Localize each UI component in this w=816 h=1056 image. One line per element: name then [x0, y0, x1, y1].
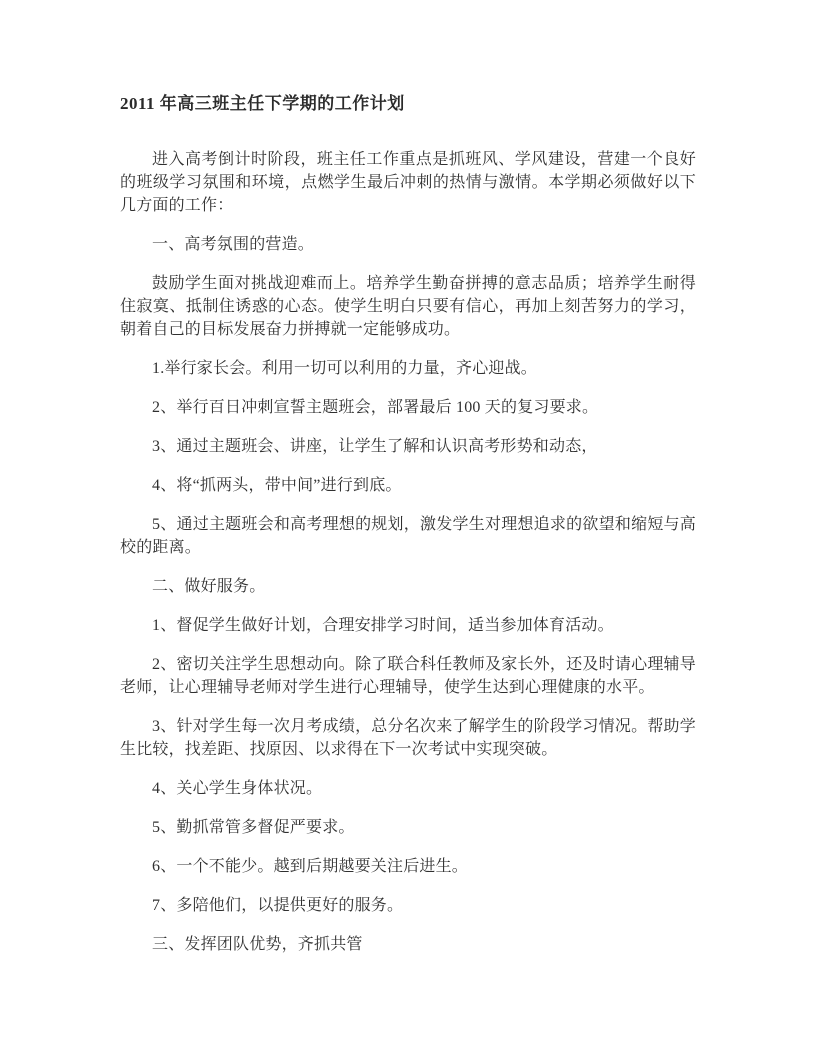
list-item: 7、多陪他们，以提供更好的服务。 — [120, 894, 696, 917]
list-item: 1、督促学生做好计划，合理安排学习时间，适当参加体育活动。 — [120, 614, 696, 637]
body-paragraph: 鼓励学生面对挑战迎难而上。培养学生勤奋拼搏的意志品质；培养学生耐得住寂寞、抵制住… — [120, 272, 696, 341]
body-paragraph: 进入高考倒计时阶段，班主任工作重点是抓班风、学风建设，营建一个良好的班级学习氛围… — [120, 148, 696, 217]
list-item: 1.举行家长会。利用一切可以利用的力量，齐心迎战。 — [120, 357, 696, 380]
list-item: 2、举行百日冲刺宣誓主题班会，部署最后 100 天的复习要求。 — [120, 396, 696, 419]
section-heading-2: 二、做好服务。 — [120, 575, 696, 598]
list-item: 5、勤抓常管多督促严要求。 — [120, 816, 696, 839]
section-heading-1: 一、高考氛围的营造。 — [120, 233, 696, 256]
section-heading-3: 三、发挥团队优势，齐抓共管 — [120, 933, 696, 956]
list-item: 3、针对学生每一次月考成绩，总分名次来了解学生的阶段学习情况。帮助学生比较，找差… — [120, 715, 696, 761]
list-item: 4、关心学生身体状况。 — [120, 777, 696, 800]
document-page: 2011 年高三班主任下学期的工作计划 进入高考倒计时阶段，班主任工作重点是抓班… — [0, 0, 816, 1056]
list-item: 4、将“抓两头，带中间”进行到底。 — [120, 474, 696, 497]
list-item: 5、通过主题班会和高考理想的规划，激发学生对理想追求的欲望和缩短与高校的距离。 — [120, 513, 696, 559]
list-item: 3、通过主题班会、讲座，让学生了解和认识高考形势和动态， — [120, 435, 696, 458]
document-title: 2011 年高三班主任下学期的工作计划 — [120, 92, 696, 116]
list-item: 2、密切关注学生思想动向。除了联合科任教师及家长外，还及时请心理辅导老师，让心理… — [120, 653, 696, 699]
list-item: 6、一个不能少。越到后期越要关注后进生。 — [120, 855, 696, 878]
